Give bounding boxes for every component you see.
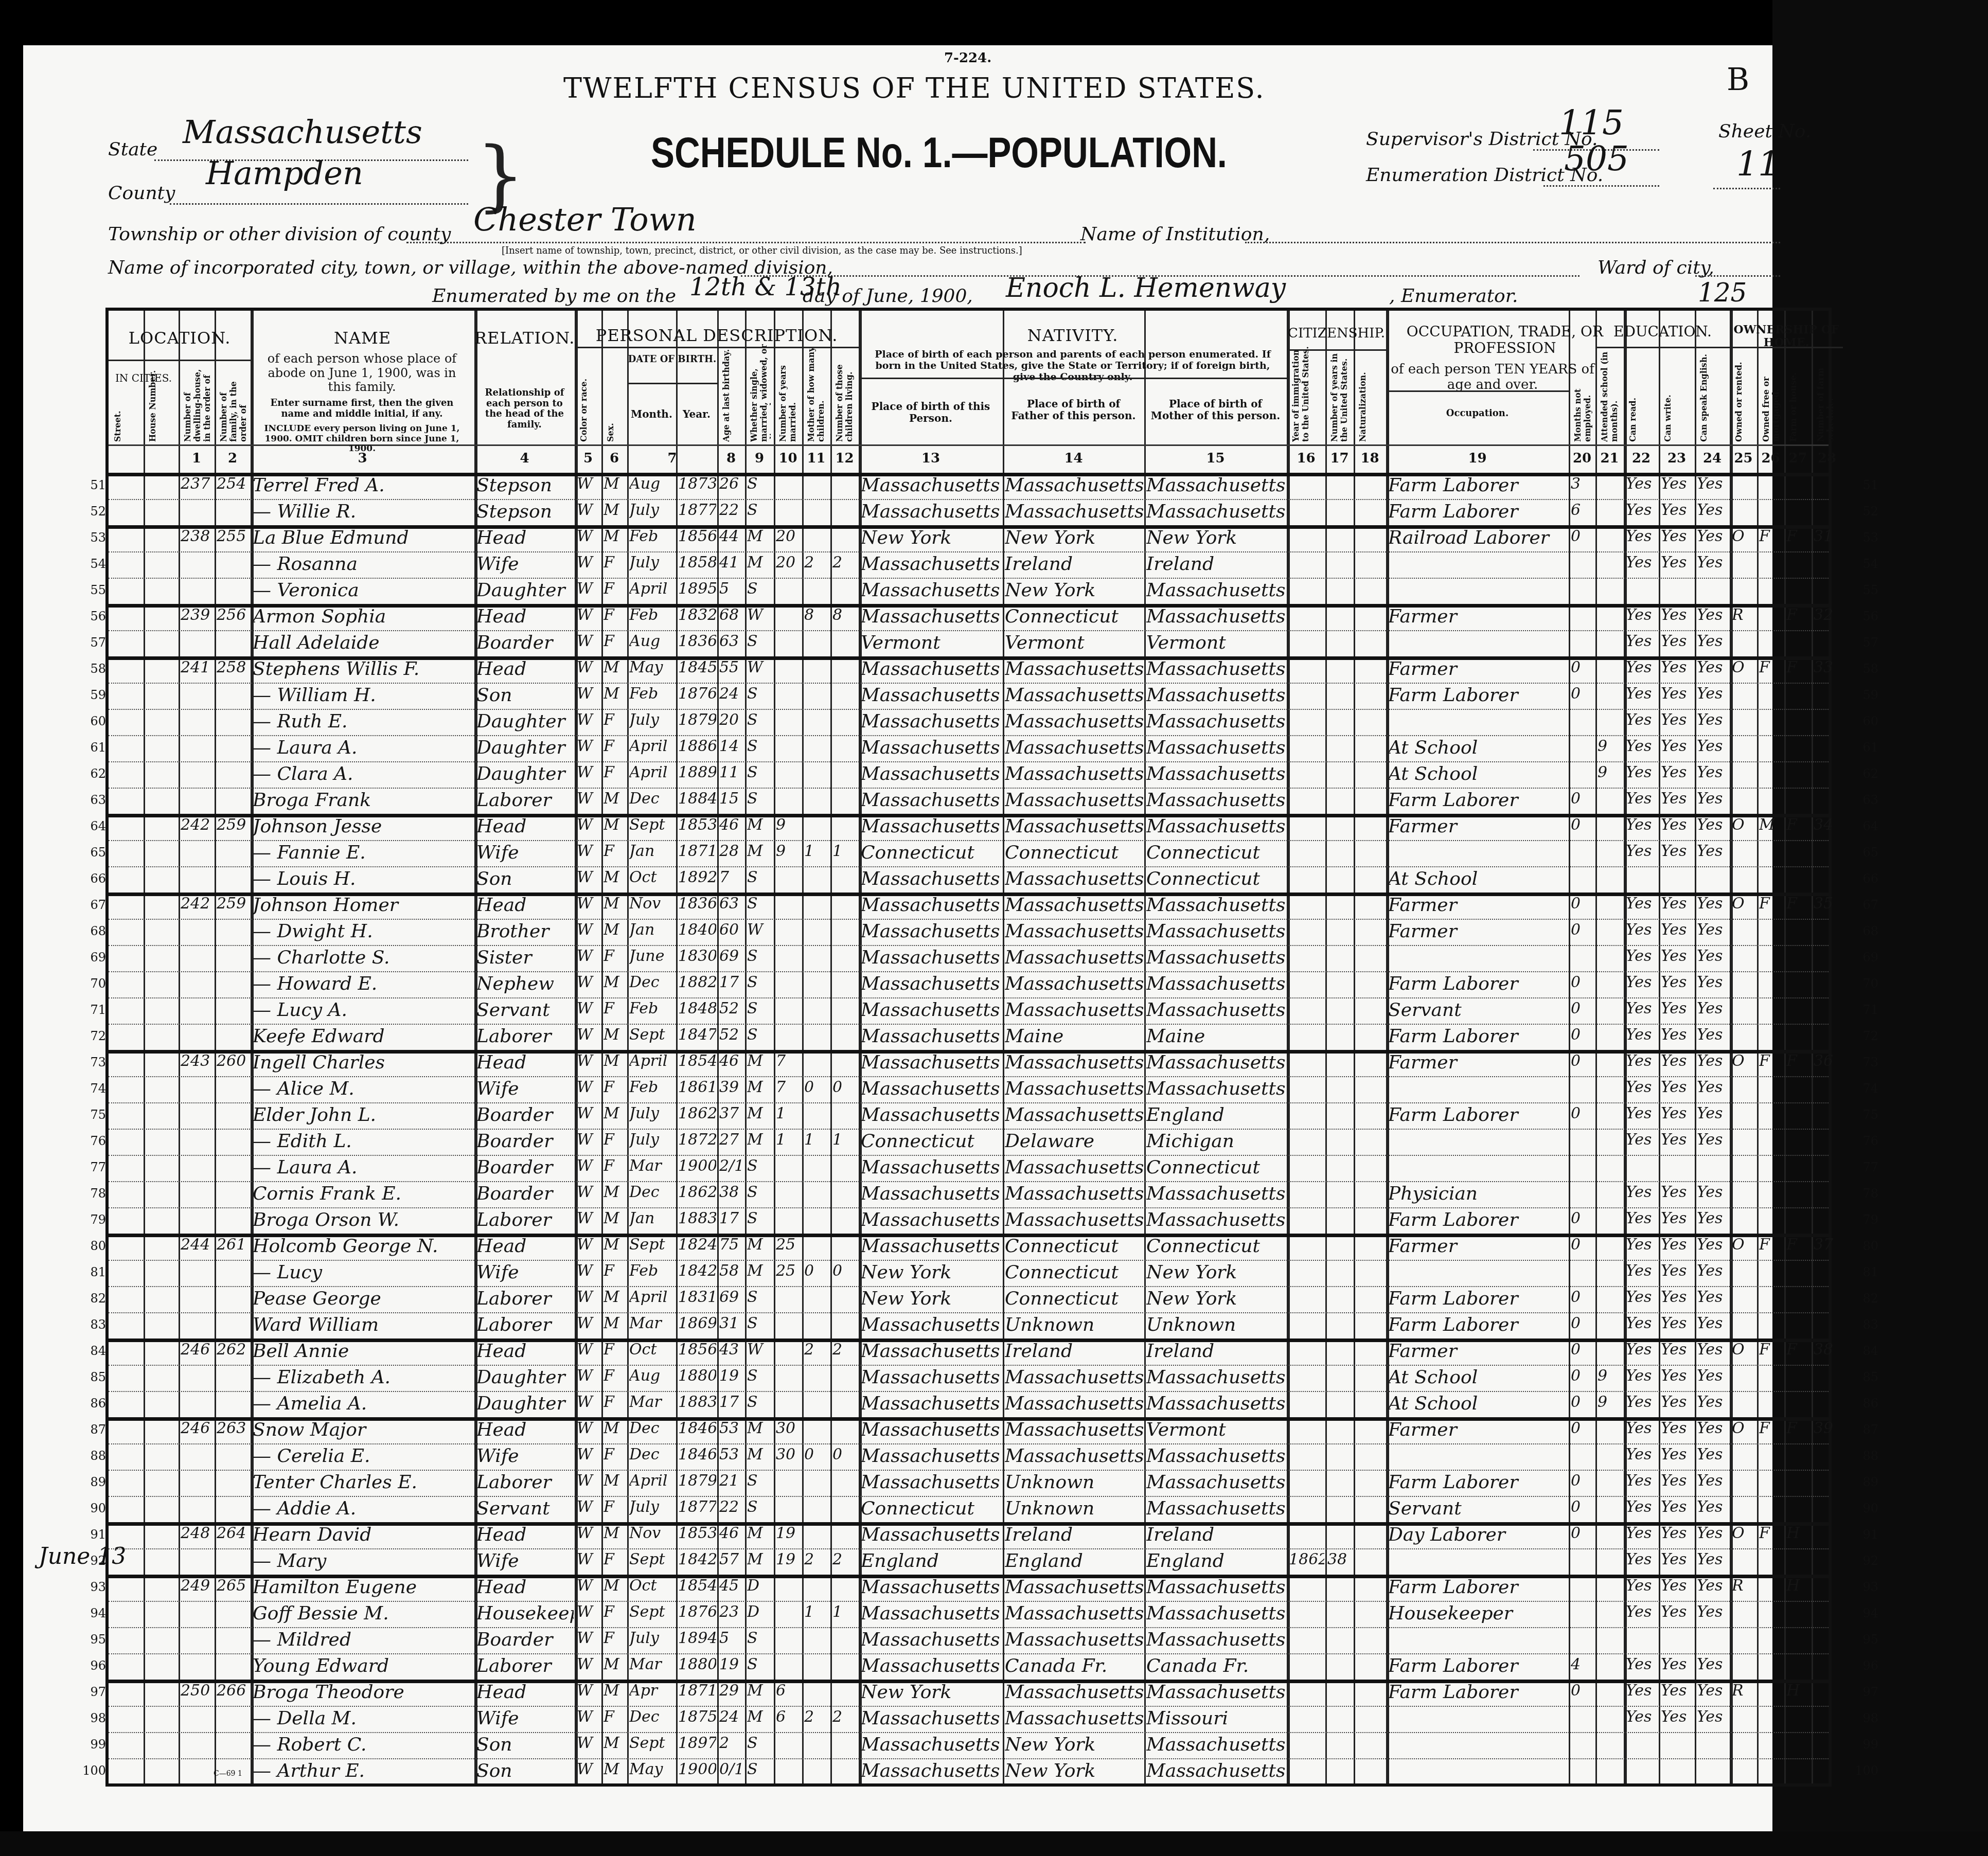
cell-unemp: 0: [1571, 685, 1594, 709]
cell-unemp: 0: [1571, 1104, 1594, 1129]
cell-cl: 0: [832, 1445, 858, 1470]
line-number-left: 78: [75, 1186, 106, 1201]
cell-year: 1824: [678, 1236, 716, 1260]
cell-cl: [832, 1655, 858, 1680]
cell-ym: [776, 737, 801, 761]
cell-sched: [1814, 1734, 1841, 1758]
cell-age: 22: [719, 1498, 744, 1522]
cell-own: O: [1732, 527, 1756, 551]
cell-pob-m: Massachusetts: [1146, 973, 1286, 997]
cell-pob-m: Connecticut: [1146, 1236, 1286, 1260]
vertical-header-immigration: Year of immigration to the United States…: [1291, 342, 1322, 442]
header-date-of-birth: DATE OF BIRTH.: [627, 354, 717, 365]
cell-imm: [1289, 868, 1324, 893]
cell-pob: Massachusetts: [861, 947, 1002, 971]
cell-pob: Massachusetts: [861, 1026, 1002, 1050]
cell-school: [1597, 1288, 1623, 1312]
cell-occ: Farm Laborer: [1388, 1104, 1568, 1129]
cell-pob-m: Massachusetts: [1146, 1498, 1286, 1522]
cell-yrs: [1327, 1655, 1353, 1680]
cell-relation: Brother: [476, 921, 574, 945]
cell-mc: [804, 973, 829, 997]
cell-farm: [1786, 1708, 1810, 1732]
cell-pob-f: Connecticut: [1005, 606, 1143, 630]
cell-write: Yes: [1661, 1314, 1694, 1339]
cell-nat: [1356, 790, 1385, 814]
cell-school: [1597, 1445, 1623, 1470]
cell-color: W: [577, 1682, 600, 1706]
cell-sex: M: [603, 1236, 626, 1260]
cell-year: 1853: [678, 816, 716, 840]
column-number: 6: [601, 451, 627, 466]
cell-free: [1759, 1209, 1783, 1234]
cell-pob-m: Massachusetts: [1146, 1577, 1286, 1601]
cell-month: June: [629, 947, 675, 971]
cell-unemp: 0: [1571, 1000, 1594, 1024]
cell-family: [217, 1655, 250, 1680]
cell-sex: M: [603, 1419, 626, 1443]
cell-family: 260: [217, 1052, 250, 1076]
cell-dwelling: [181, 842, 214, 866]
cell-ym: 6: [776, 1708, 801, 1732]
cell-relation: Daughter: [476, 737, 574, 761]
cell-own: [1732, 580, 1756, 604]
cell-read: [1626, 1734, 1658, 1758]
cell-read: Yes: [1626, 1393, 1658, 1417]
cell-pob-f: Ireland: [1005, 1341, 1143, 1365]
cell-mc: [804, 816, 829, 840]
footer-code: C—69 1: [214, 1770, 242, 1778]
cell-yrs: [1327, 921, 1353, 945]
cell-farm: [1786, 1262, 1810, 1286]
line-number-left: 82: [75, 1291, 106, 1306]
cell-free: [1759, 1708, 1783, 1732]
cell-marital: S: [747, 947, 773, 971]
column-divider: [1569, 311, 1570, 1783]
header-group-rule: [1386, 390, 1569, 392]
cell-family: [217, 1708, 250, 1732]
cell-sex: M: [603, 1655, 626, 1680]
column-divider: [144, 311, 145, 1783]
cell-nat: [1356, 868, 1385, 893]
row-divider: [109, 1260, 1829, 1261]
cell-write: Yes: [1661, 1262, 1694, 1286]
cell-pob-f: Delaware: [1005, 1131, 1143, 1155]
cell-read: Yes: [1626, 1498, 1658, 1522]
column-divider: [717, 311, 719, 1783]
line-number-right: 72: [1848, 1029, 1878, 1043]
cell-marital: S: [747, 1472, 773, 1496]
cell-sched: 36: [1814, 1052, 1841, 1076]
cell-imm: [1289, 895, 1324, 919]
cell-yrs: [1327, 1209, 1353, 1234]
row-divider: [109, 735, 1829, 736]
vertical-header-color: Color or race.: [579, 342, 598, 442]
line-number-left: 64: [75, 819, 106, 833]
cell-imm: [1289, 711, 1324, 735]
cell-free: [1759, 1498, 1783, 1522]
line-number-left: 80: [75, 1239, 106, 1253]
cell-farm: [1786, 947, 1810, 971]
cell-mc: [804, 895, 829, 919]
cell-family: [217, 1262, 250, 1286]
cell-year: 1831: [678, 1288, 716, 1312]
cell-school: [1597, 606, 1623, 630]
cell-relation: Wife: [476, 842, 574, 866]
cell-pob-f: Massachusetts: [1005, 947, 1143, 971]
cell-relation: Daughter: [476, 1367, 574, 1391]
cell-own: O: [1732, 1341, 1756, 1365]
cell-farm: [1786, 1000, 1810, 1024]
cell-free: F: [1759, 1341, 1783, 1365]
column-number: 3: [251, 451, 474, 466]
cell-month: Dec: [629, 973, 675, 997]
cell-free: [1759, 973, 1783, 997]
cell-mc: 2: [804, 1708, 829, 1732]
cell-unemp: 0: [1571, 1052, 1594, 1076]
cell-yrs: [1327, 1524, 1353, 1548]
cell-mc: 1: [804, 1131, 829, 1155]
cell-mc: [804, 658, 829, 683]
cell-write: Yes: [1661, 921, 1694, 945]
cell-age: 22: [719, 501, 744, 525]
cell-cl: [832, 658, 858, 683]
cell-cl: [832, 816, 858, 840]
county-value: Hampden: [206, 154, 363, 192]
township-label: Township or other division of county: [108, 224, 451, 245]
enumerator-label: , Enumerator.: [1389, 285, 1518, 307]
cell-cl: [832, 580, 858, 604]
cell-cl: [832, 1183, 858, 1207]
cell-sched: 39: [1814, 1419, 1841, 1443]
state-label: State: [108, 139, 157, 160]
cell-occ: Farmer: [1388, 1341, 1568, 1365]
cell-month: Nov: [629, 895, 675, 919]
row-divider: [109, 1365, 1829, 1366]
column-divider: [1595, 311, 1597, 1783]
cell-pob-f: Unknown: [1005, 1498, 1143, 1522]
column-number: 26: [1757, 451, 1784, 466]
margin-note-date: June 13: [39, 1543, 126, 1569]
line-number-right: 82: [1848, 1291, 1878, 1306]
cell-yrs: [1327, 1419, 1353, 1443]
column-divider: [802, 311, 804, 1783]
cell-speak: Yes: [1697, 1603, 1729, 1627]
line-number-right: 65: [1848, 845, 1878, 860]
cell-relation: Head: [476, 895, 574, 919]
cell-yrs: [1327, 554, 1353, 578]
cell-speak: Yes: [1697, 1550, 1729, 1575]
cell-school: [1597, 1603, 1623, 1627]
cell-year: 1876: [678, 1603, 716, 1627]
cell-farm: F: [1786, 658, 1810, 683]
cell-unemp: [1571, 1577, 1594, 1601]
cell-read: [1626, 1760, 1658, 1784]
state-value: Massachusetts: [183, 113, 422, 151]
cell-cl: [832, 1419, 858, 1443]
cell-ym: [776, 658, 801, 683]
cell-occ: Farmer: [1388, 895, 1568, 919]
line-number-right: 100: [1848, 1763, 1878, 1778]
cell-cl: [832, 475, 858, 499]
cell-year: 1872: [678, 1131, 716, 1155]
cell-family: [217, 580, 250, 604]
cell-month: July: [629, 501, 675, 525]
cell-ym: 30: [776, 1419, 801, 1443]
cell-color: W: [577, 527, 600, 551]
column-number: 28: [1812, 451, 1842, 466]
cell-imm: [1289, 1708, 1324, 1732]
cell-dwelling: [181, 1760, 214, 1784]
cell-dwelling: [181, 1131, 214, 1155]
column-number: 4: [474, 451, 575, 466]
cell-year: 1892: [678, 868, 716, 893]
cell-imm: [1289, 1262, 1324, 1286]
cell-year: 1858: [678, 554, 716, 578]
cell-mc: [804, 580, 829, 604]
institution-label: Name of Institution,: [1080, 224, 1270, 245]
vertical-header-children-living: Number of those children living.: [835, 342, 856, 442]
cell-color: W: [577, 1367, 600, 1391]
line-number-left: 53: [75, 530, 106, 545]
cell-write: Yes: [1661, 1577, 1694, 1601]
cell-farm: [1786, 1183, 1810, 1207]
row-divider: [109, 971, 1829, 972]
cell-name: Armon Sophia: [253, 606, 473, 630]
cell-sex: F: [603, 1262, 626, 1286]
line-number-right: 84: [1848, 1344, 1878, 1358]
cell-marital: S: [747, 790, 773, 814]
cell-mc: 0: [804, 1262, 829, 1286]
cell-month: Aug: [629, 1367, 675, 1391]
cell-pob: Massachusetts: [861, 1445, 1002, 1470]
cell-occ: At School: [1388, 763, 1568, 788]
cell-age: 7: [719, 868, 744, 893]
cell-nat: [1356, 1288, 1385, 1312]
header-name-instr2: INCLUDE every person living on June 1, 1…: [258, 424, 466, 454]
cell-write: Yes: [1661, 1445, 1694, 1470]
cell-age: 5: [719, 1629, 744, 1653]
cell-dwelling: [181, 947, 214, 971]
cell-ym: 9: [776, 842, 801, 866]
cell-relation: Head: [476, 606, 574, 630]
cell-write: Yes: [1661, 895, 1694, 919]
cell-year: 1836: [678, 632, 716, 656]
cell-occ: Farm Laborer: [1388, 1288, 1568, 1312]
cell-dwelling: [181, 1550, 214, 1575]
cell-nat: [1356, 1498, 1385, 1522]
cell-month: Oct: [629, 1341, 675, 1365]
cell-color: W: [577, 973, 600, 997]
cell-own: [1732, 790, 1756, 814]
cell-year: 1862: [678, 1104, 716, 1129]
cell-family: [217, 1314, 250, 1339]
cell-name: Goff Bessie M.: [253, 1603, 473, 1627]
cell-relation: Housekeeper: [476, 1603, 574, 1627]
cell-name: Ingell Charles: [253, 1052, 473, 1076]
cell-relation: Boarder: [476, 632, 574, 656]
cell-occ: Farm Laborer: [1388, 501, 1568, 525]
header-relation: RELATION.: [474, 329, 575, 348]
cell-write: Yes: [1661, 1288, 1694, 1312]
cell-sched: [1814, 1655, 1841, 1680]
row-divider: [109, 578, 1829, 579]
cell-speak: Yes: [1697, 685, 1729, 709]
enumeration-district: 505: [1564, 139, 1629, 179]
column-number: 13: [859, 451, 1003, 466]
cell-mc: 1: [804, 842, 829, 866]
cell-pob-f: Unknown: [1005, 1472, 1143, 1496]
cell-speak: Yes: [1697, 1314, 1729, 1339]
cell-sched: [1814, 1393, 1841, 1417]
line-number-right: 53: [1848, 530, 1878, 545]
vertical-header-age: Age at last birthday.: [721, 342, 742, 442]
cell-color: W: [577, 658, 600, 683]
cell-marital: M: [747, 554, 773, 578]
cell-own: [1732, 921, 1756, 945]
cell-imm: [1289, 1367, 1324, 1391]
cell-unemp: 0: [1571, 1524, 1594, 1548]
cell-sched: [1814, 1367, 1841, 1391]
cell-year: 1832: [678, 606, 716, 630]
cell-family: [217, 1104, 250, 1129]
cell-unemp: 0: [1571, 1209, 1594, 1234]
cell-mc: [804, 868, 829, 893]
cell-read: Yes: [1626, 947, 1658, 971]
cell-nat: [1356, 1393, 1385, 1417]
cell-pob-f: New York: [1005, 1734, 1143, 1758]
cell-imm: [1289, 1419, 1324, 1443]
cell-yrs: [1327, 1236, 1353, 1260]
cell-family: 256: [217, 606, 250, 630]
line-number-left: 65: [75, 845, 106, 860]
row-divider: [109, 709, 1829, 710]
cell-marital: S: [747, 580, 773, 604]
cell-own: O: [1732, 816, 1756, 840]
cell-cl: [832, 737, 858, 761]
cell-sex: F: [603, 580, 626, 604]
cell-write: Yes: [1661, 1498, 1694, 1522]
cell-family: [217, 711, 250, 735]
cell-occ: [1388, 1550, 1568, 1575]
line-number-left: 96: [75, 1658, 106, 1673]
cell-cl: 1: [832, 1131, 858, 1155]
cell-own: [1732, 1367, 1756, 1391]
line-number-left: 55: [75, 583, 106, 597]
cell-pob-m: Vermont: [1146, 632, 1286, 656]
cell-write: Yes: [1661, 1603, 1694, 1627]
cell-age: 15: [719, 790, 744, 814]
cell-write: Yes: [1661, 685, 1694, 709]
cell-age: 60: [719, 921, 744, 945]
cell-mc: [804, 1236, 829, 1260]
cell-sched: [1814, 1000, 1841, 1024]
cell-name: La Blue Edmund: [253, 527, 473, 551]
cell-yrs: [1327, 658, 1353, 683]
cell-pob-f: Massachusetts: [1005, 1183, 1143, 1207]
cell-month: July: [629, 711, 675, 735]
cell-nat: [1356, 973, 1385, 997]
cell-ym: [776, 1603, 801, 1627]
cell-color: W: [577, 763, 600, 788]
cell-free: [1759, 1314, 1783, 1339]
line-number-left: 52: [75, 504, 106, 519]
cell-name: — Veronica: [253, 580, 473, 604]
column-divider: [774, 311, 775, 1783]
line-number-right: 63: [1848, 793, 1878, 807]
cell-free: F: [1759, 895, 1783, 919]
cell-color: W: [577, 1629, 600, 1653]
cell-pob: Massachusetts: [861, 658, 1002, 683]
cell-own: [1732, 1603, 1756, 1627]
cell-cl: [832, 1367, 858, 1391]
cell-speak: Yes: [1697, 973, 1729, 997]
cell-age: 24: [719, 685, 744, 709]
cell-year: 1846: [678, 1419, 716, 1443]
cell-name: — Amelia A.: [253, 1393, 473, 1417]
cell-relation: Daughter: [476, 1393, 574, 1417]
cell-dwelling: 249: [181, 1577, 214, 1601]
cell-occ: Railroad Laborer: [1388, 527, 1568, 551]
cell-year: 1879: [678, 711, 716, 735]
cell-nat: [1356, 816, 1385, 840]
cell-name: Broga Frank: [253, 790, 473, 814]
cell-month: Dec: [629, 1445, 675, 1470]
cell-unemp: [1571, 868, 1594, 893]
cell-read: Yes: [1626, 1104, 1658, 1129]
cell-month: Mar: [629, 1393, 675, 1417]
line-number-right: 91: [1848, 1527, 1878, 1542]
cell-nat: [1356, 1314, 1385, 1339]
cell-pob: Massachusetts: [861, 1209, 1002, 1234]
line-number-right: 79: [1848, 1212, 1878, 1227]
line-number-left: 87: [75, 1422, 106, 1437]
cell-own: [1732, 1157, 1756, 1181]
cell-pob: Massachusetts: [861, 1236, 1002, 1260]
cell-pob-m: Massachusetts: [1146, 1000, 1286, 1024]
row-divider: [109, 1076, 1829, 1077]
cell-write: Yes: [1661, 790, 1694, 814]
line-number-right: 98: [1848, 1711, 1878, 1725]
cell-marital: M: [747, 1708, 773, 1732]
cell-family: [217, 1183, 250, 1207]
cell-yrs: [1327, 475, 1353, 499]
cell-pob-f: Massachusetts: [1005, 501, 1143, 525]
cell-family: [217, 1288, 250, 1312]
cell-pob-m: Connecticut: [1146, 868, 1286, 893]
line-number-left: 62: [75, 766, 106, 781]
cell-speak: Yes: [1697, 1104, 1729, 1129]
line-number-left: 99: [75, 1737, 106, 1752]
cell-sched: 33: [1814, 658, 1841, 683]
cell-free: F: [1759, 1052, 1783, 1076]
cell-family: [217, 1026, 250, 1050]
column-divider: [179, 311, 180, 1783]
line-number-right: 61: [1848, 740, 1878, 755]
cell-unemp: 0: [1571, 895, 1594, 919]
cell-mc: [804, 737, 829, 761]
cell-school: [1597, 1708, 1623, 1732]
cell-relation: Laborer: [476, 1314, 574, 1339]
cell-occ: Farmer: [1388, 1419, 1568, 1443]
row-divider: [109, 630, 1829, 631]
line-number-right: 93: [1848, 1580, 1878, 1594]
cell-ym: 20: [776, 554, 801, 578]
cell-own: [1732, 501, 1756, 525]
cell-pob-f: Massachusetts: [1005, 685, 1143, 709]
cell-mc: 8: [804, 606, 829, 630]
cell-free: [1759, 1655, 1783, 1680]
